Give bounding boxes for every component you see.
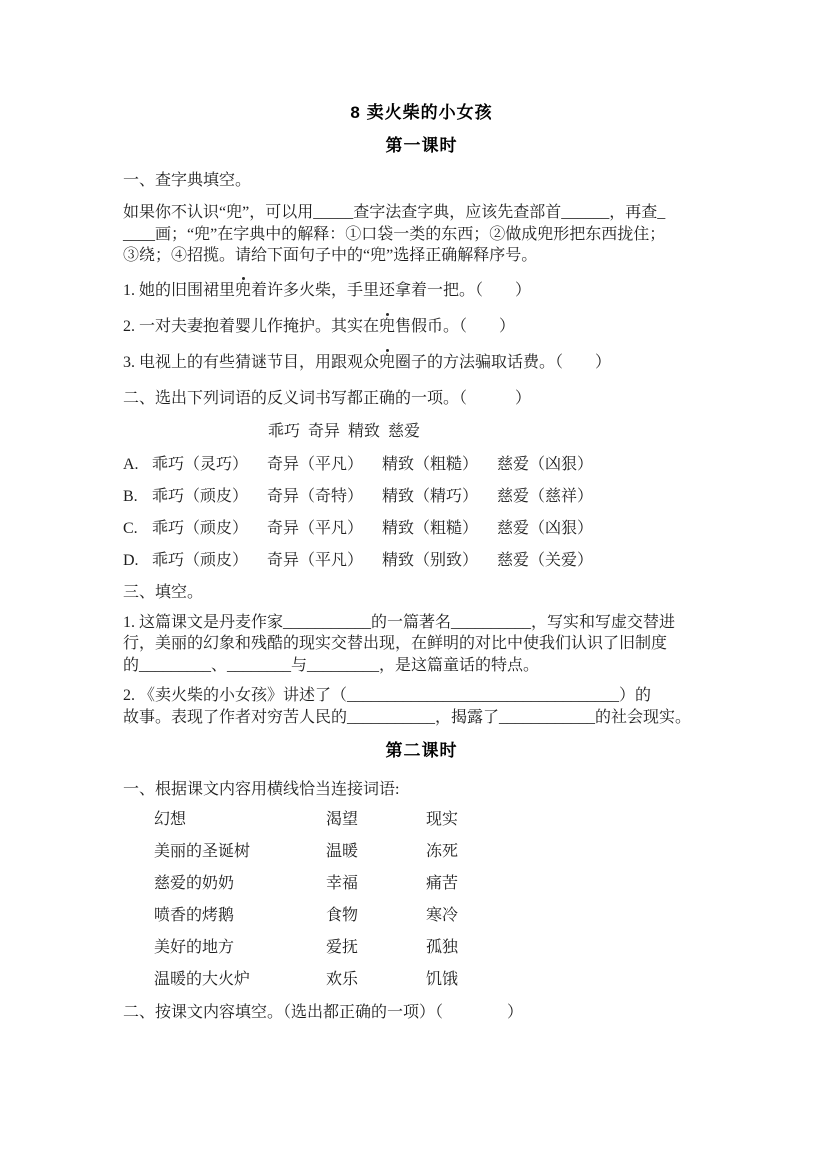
match-row: 幻想渴望现实 (154, 804, 720, 836)
option-pair: 乖巧（灵巧） (152, 454, 248, 475)
match-mid: 幸福 (326, 868, 426, 900)
dou-sentence-2: 2. 一对夫妻抱着婴儿作掩护。其实在兜售假币。（ ） (123, 316, 720, 338)
option-pair: 慈爱（凶狠） (497, 454, 593, 475)
word-bank: 乖巧 奇异 精致 慈爱 (268, 421, 720, 442)
match-row: 喷香的烤鹅食物寒冷 (154, 900, 720, 932)
fill-blank-line: 的_________、________与_________，是这篇童话的特点。 (123, 655, 720, 677)
dictionary-intro-line-2: ____画；“兜”在字典中的解释：①口袋一类的东西；②做成兜形把东西拢住； (123, 224, 720, 246)
option-row-b: B.乖巧（顽皮）奇异（奇特）精致（精巧）慈爱（慈祥） (123, 486, 720, 507)
dictionary-intro-line-3: ③绕；④招揽。请给下面句子中的“兜”选择正确解释序号。 (123, 245, 720, 267)
option-pair: 精致（粗糙） (382, 454, 478, 475)
option-row-a: A.乖巧（灵巧）奇异（平凡）精致（粗糙）慈爱（凶狠） (123, 454, 720, 475)
p2-section1-heading: 一、根据课文内容用横线恰当连接词语: (123, 779, 720, 800)
emphasized-char: 兜 (235, 282, 251, 299)
dou-sentence-1: 1. 她的旧围裙里兜着许多火柴，手里还拿着一把。（ ） (123, 280, 720, 302)
option-pair: 精致（精巧） (382, 486, 478, 507)
fill-blank-item-2: 2. 《卖火柴的小女孩》讲述了（________________________… (123, 685, 720, 728)
match-left: 喷香的烤鹅 (154, 900, 326, 932)
option-pair: 奇异（平凡） (267, 550, 363, 571)
option-pair: 奇异（平凡） (267, 518, 363, 539)
worksheet-page: 8 卖火柴的小女孩 第一课时 一、查字典填空。 如果你不认识“兜”，可以用___… (0, 0, 826, 1169)
match-right: 寒冷 (426, 900, 720, 932)
match-mid: 爱抚 (326, 932, 426, 964)
sentence-text: 售假币。（ ） (395, 318, 515, 335)
option-pair: 精致（粗糙） (382, 518, 478, 539)
option-pair: 奇异（奇特） (267, 486, 363, 507)
option-label: A. (123, 454, 152, 475)
match-left: 慈爱的奶奶 (154, 868, 326, 900)
option-pair: 奇异（平凡） (267, 454, 363, 475)
p2-section2-heading: 二、按课文内容填空。（选出都正确的一项）（ ） (123, 1002, 720, 1023)
option-pair: 慈爱（慈祥） (497, 486, 593, 507)
match-left: 幻想 (154, 804, 326, 836)
match-right: 现实 (426, 804, 720, 836)
fill-blank-line: 1. 这篇课文是丹麦作家___________的一篇著名__________，写… (123, 612, 720, 634)
option-row-d: D.乖巧（顽皮）奇异（平凡）精致（别致）慈爱（关爱） (123, 550, 720, 571)
fill-blank-item-1: 1. 这篇课文是丹麦作家___________的一篇著名__________，写… (123, 612, 720, 677)
match-row: 慈爱的奶奶幸福痛苦 (154, 868, 720, 900)
option-pair: 慈爱（关爱） (497, 550, 593, 571)
sentence-text: 圈子的方法骗取话费。（ ） (395, 354, 611, 371)
sentence-text: 3. 电视上的有些猜谜节目，用跟观众 (123, 354, 379, 371)
dou-sentence-3: 3. 电视上的有些猜谜节目，用跟观众兜圈子的方法骗取话费。（ ） (123, 352, 720, 374)
match-mid: 渴望 (326, 804, 426, 836)
option-pair: 乖巧（顽皮） (152, 486, 248, 507)
p1-section2-heading: 二、选出下列词语的反义词书写都正确的一项。（ ） (123, 388, 720, 409)
match-left: 美丽的圣诞树 (154, 836, 326, 868)
option-label: C. (123, 518, 152, 539)
emphasized-char: 兜 (379, 318, 395, 335)
match-left: 美好的地方 (154, 932, 326, 964)
session2-heading: 第二课时 (123, 742, 720, 760)
match-row: 温暖的大火炉欢乐饥饿 (154, 964, 720, 996)
session1-heading: 第一课时 (123, 137, 720, 155)
sentence-text: 着许多火柴，手里还拿着一把。（ ） (251, 282, 531, 299)
match-right: 孤独 (426, 932, 720, 964)
match-mid: 欢乐 (326, 964, 426, 996)
match-row: 美丽的圣诞树温暖冻死 (154, 836, 720, 868)
word-match-grid: 幻想渴望现实 美丽的圣诞树温暖冻死 慈爱的奶奶幸福痛苦 喷香的烤鹅食物寒冷 美好… (154, 804, 720, 996)
option-pair: 乖巧（顽皮） (152, 550, 248, 571)
option-pair: 精致（别致） (382, 550, 478, 571)
match-right: 痛苦 (426, 868, 720, 900)
option-pair: 乖巧（顽皮） (152, 518, 248, 539)
option-row-c: C.乖巧（顽皮）奇异（平凡）精致（粗糙）慈爱（凶狠） (123, 518, 720, 539)
option-pair: 慈爱（凶狠） (497, 518, 593, 539)
p1-section3-heading: 三、填空。 (123, 582, 720, 603)
match-mid: 食物 (326, 900, 426, 932)
match-right: 冻死 (426, 836, 720, 868)
dictionary-intro-line-1: 如果你不认识“兜”，可以用_____查字法查字典，应该先查部首______，再查… (123, 202, 720, 224)
sentence-text: 2. 一对夫妻抱着婴儿作掩护。其实在 (123, 318, 379, 335)
sentence-text: 1. 她的旧围裙里 (123, 282, 235, 299)
dictionary-intro-paragraph: 如果你不认识“兜”，可以用_____查字法查字典，应该先查部首______，再查… (123, 202, 720, 267)
p1-section1-heading: 一、查字典填空。 (123, 170, 720, 191)
fill-blank-line: 2. 《卖火柴的小女孩》讲述了（________________________… (123, 685, 720, 707)
emphasized-char: 兜 (379, 354, 395, 371)
fill-blank-line: 行，美丽的幻象和残酷的现实交替出现，在鲜明的对比中使我们认识了旧制度 (123, 633, 720, 655)
match-left: 温暖的大火炉 (154, 964, 326, 996)
match-right: 饥饿 (426, 964, 720, 996)
option-label: D. (123, 550, 152, 571)
option-label: B. (123, 486, 152, 507)
match-row: 美好的地方爱抚孤独 (154, 932, 720, 964)
lesson-title: 8 卖火柴的小女孩 (123, 104, 720, 122)
match-mid: 温暖 (326, 836, 426, 868)
fill-blank-line: 故事。表现了作者对穷苦人民的___________，揭露了___________… (123, 707, 720, 729)
